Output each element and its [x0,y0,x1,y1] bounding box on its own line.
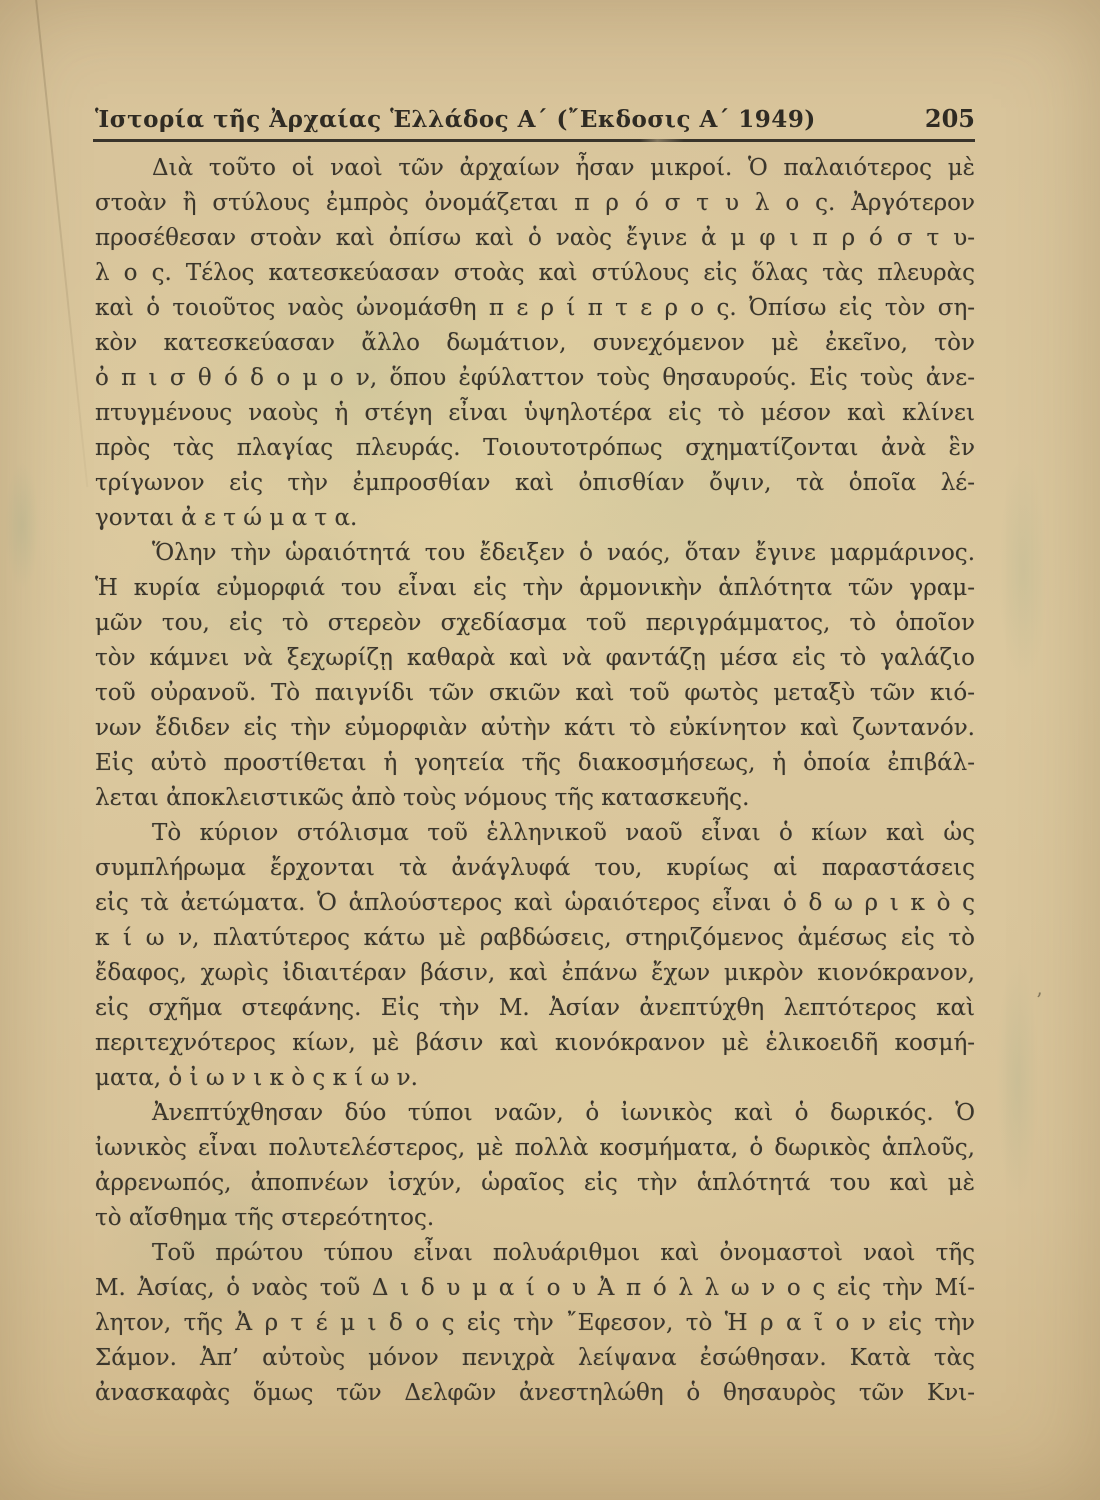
text-line: ἀρρενωπός, ἀποπνέων ἰσχύν, ὡραῖος εἰς τὴ… [95,1166,975,1201]
text-line: τοῦ οὐρανοῦ. Τὸ παιγνίδι τῶν σκιῶν καὶ τ… [95,676,975,711]
text-line: τὸν κάμνει νὰ ξεχωρίζῃ καθαρὰ καὶ νὰ φαν… [95,641,975,676]
text-line: εἰς σχῆμα στεφάνης. Εἰς τὴν Μ. Ἀσίαν ἀνε… [95,991,975,1026]
text-line: ἰωνικὸς εἶναι πολυτελέστερος, μὲ πολλὰ κ… [95,1131,975,1166]
text-line: Τοῦ πρώτου τύπου εἶναι πολυάριθμοι καὶ ὀ… [95,1236,975,1271]
text-line: λ ο ς. Τέλος κατεσκεύασαν στοὰς καὶ στύλ… [95,256,975,291]
text-line: Ἡ κυρία εὐμορφιά του εἶναι εἰς τὴν ἁρμον… [95,571,975,606]
text-line: Εἰς αὐτὸ προστίθεται ἡ γοητεία τῆς διακο… [95,746,975,781]
text-line: νων ἔδιδεν εἰς τὴν εὐμορφιὰν αὐτὴν κάτι … [95,711,975,746]
text-line: εἰς τὰ ἀετώματα. Ὁ ἁπλούστερος καὶ ὡραιό… [95,886,975,921]
header-rule [93,139,975,142]
text-line: Τὸ κύριον στόλισμα τοῦ ἑλληνικοῦ ναοῦ εἶ… [95,816,975,851]
text-line: λητον, τῆς Ἀ ρ τ έ μ ι δ ο ς εἰς τὴν ῎Εφ… [95,1306,975,1341]
text-line: κὸν κατεσκεύασαν ἄλλο δωμάτιον, συνεχόμε… [95,326,975,361]
text-line: λεται ἀποκλειστικῶς ἀπὸ τοὺς νόμους τῆς … [95,781,975,816]
text-line: πρὸς τὰς πλαγίας πλευράς. Τοιουτοτρόπως … [95,431,975,466]
text-line: κ ί ω ν, πλατύτερος κάτω μὲ ραβδώσεις, σ… [95,921,975,956]
stray-ink-mark: ’ [1036,988,1042,1012]
scanned-book-page: Ἱστορία τῆς Ἀρχαίας Ἑλλάδος Α΄ (῎Εκδοσις… [0,0,1100,1500]
text-line: συμπλήρωμα ἔρχονται τὰ ἀνάγλυφά του, κυρ… [95,851,975,886]
text-line: γονται ἀ ε τ ώ μ α τ α. [95,501,975,536]
text-line: Ἀνεπτύχθησαν δύο τύποι ναῶν, ὁ ἰωνικὸς κ… [95,1096,975,1131]
text-line: στοὰν ἢ στύλους ἐμπρὸς ὀνομάζεται π ρ ό … [95,186,975,221]
text-line: περιτεχνότερος κίων, μὲ βάσιν καὶ κιονόκ… [95,1026,975,1061]
running-title: Ἱστορία τῆς Ἀρχαίας Ἑλλάδος Α΄ (῎Εκδοσις… [95,106,816,133]
page-header: Ἱστορία τῆς Ἀρχαίας Ἑλλάδος Α΄ (῎Εκδοσις… [95,104,975,133]
text-line: τὸ αἴσθημα τῆς στερεότητος. [95,1201,975,1236]
text-line: μῶν του, εἰς τὸ στερεὸν σχεδίασμα τοῦ πε… [95,606,975,641]
text-line: τρίγωνον εἰς τὴν ἐμπροσθίαν καὶ ὀπισθίαν… [95,466,975,501]
text-line: ἀνασκαφὰς ὅμως τῶν Δελφῶν ἀνεστηλώθη ὁ θ… [95,1376,975,1411]
text-line: Διὰ τοῦτο οἱ ναοὶ τῶν ἀρχαίων ἦσαν μικρο… [95,151,975,186]
text-line: ὀ π ι σ θ ό δ ο μ ο ν, ὅπου ἐφύλαττον το… [95,361,975,396]
text-line: ματα, ὁ ἰ ω ν ι κ ὸ ς κ ί ω ν. [95,1061,975,1096]
text-line: πτυγμένους ναοὺς ἡ στέγη εἶναι ὑψηλοτέρα… [95,396,975,431]
text-line: προσέθεσαν στοὰν καὶ ὀπίσω καὶ ὁ ναὸς ἔγ… [95,221,975,256]
page-number: 205 [925,104,975,133]
paper-crease [32,0,88,487]
text-line: καὶ ὁ τοιοῦτος ναὸς ὠνομάσθη π ε ρ ί π τ… [95,291,975,326]
body-text: Διὰ τοῦτο οἱ ναοὶ τῶν ἀρχαίων ἦσαν μικρο… [95,151,975,1411]
text-line: Ὅλην τὴν ὡραιότητά του ἔδειξεν ὁ ναός, ὅ… [95,536,975,571]
text-line: Μ. Ἀσίας, ὁ ναὸς τοῦ Δ ι δ υ μ α ί ο υ Ἀ… [95,1271,975,1306]
text-line: ἔδαφος, χωρὶς ἰδιαιτέραν βάσιν, καὶ ἐπάν… [95,956,975,991]
text-line: Σάμον. Ἀπ’ αὐτοὺς μόνον πενιχρὰ λείψανα … [95,1341,975,1376]
